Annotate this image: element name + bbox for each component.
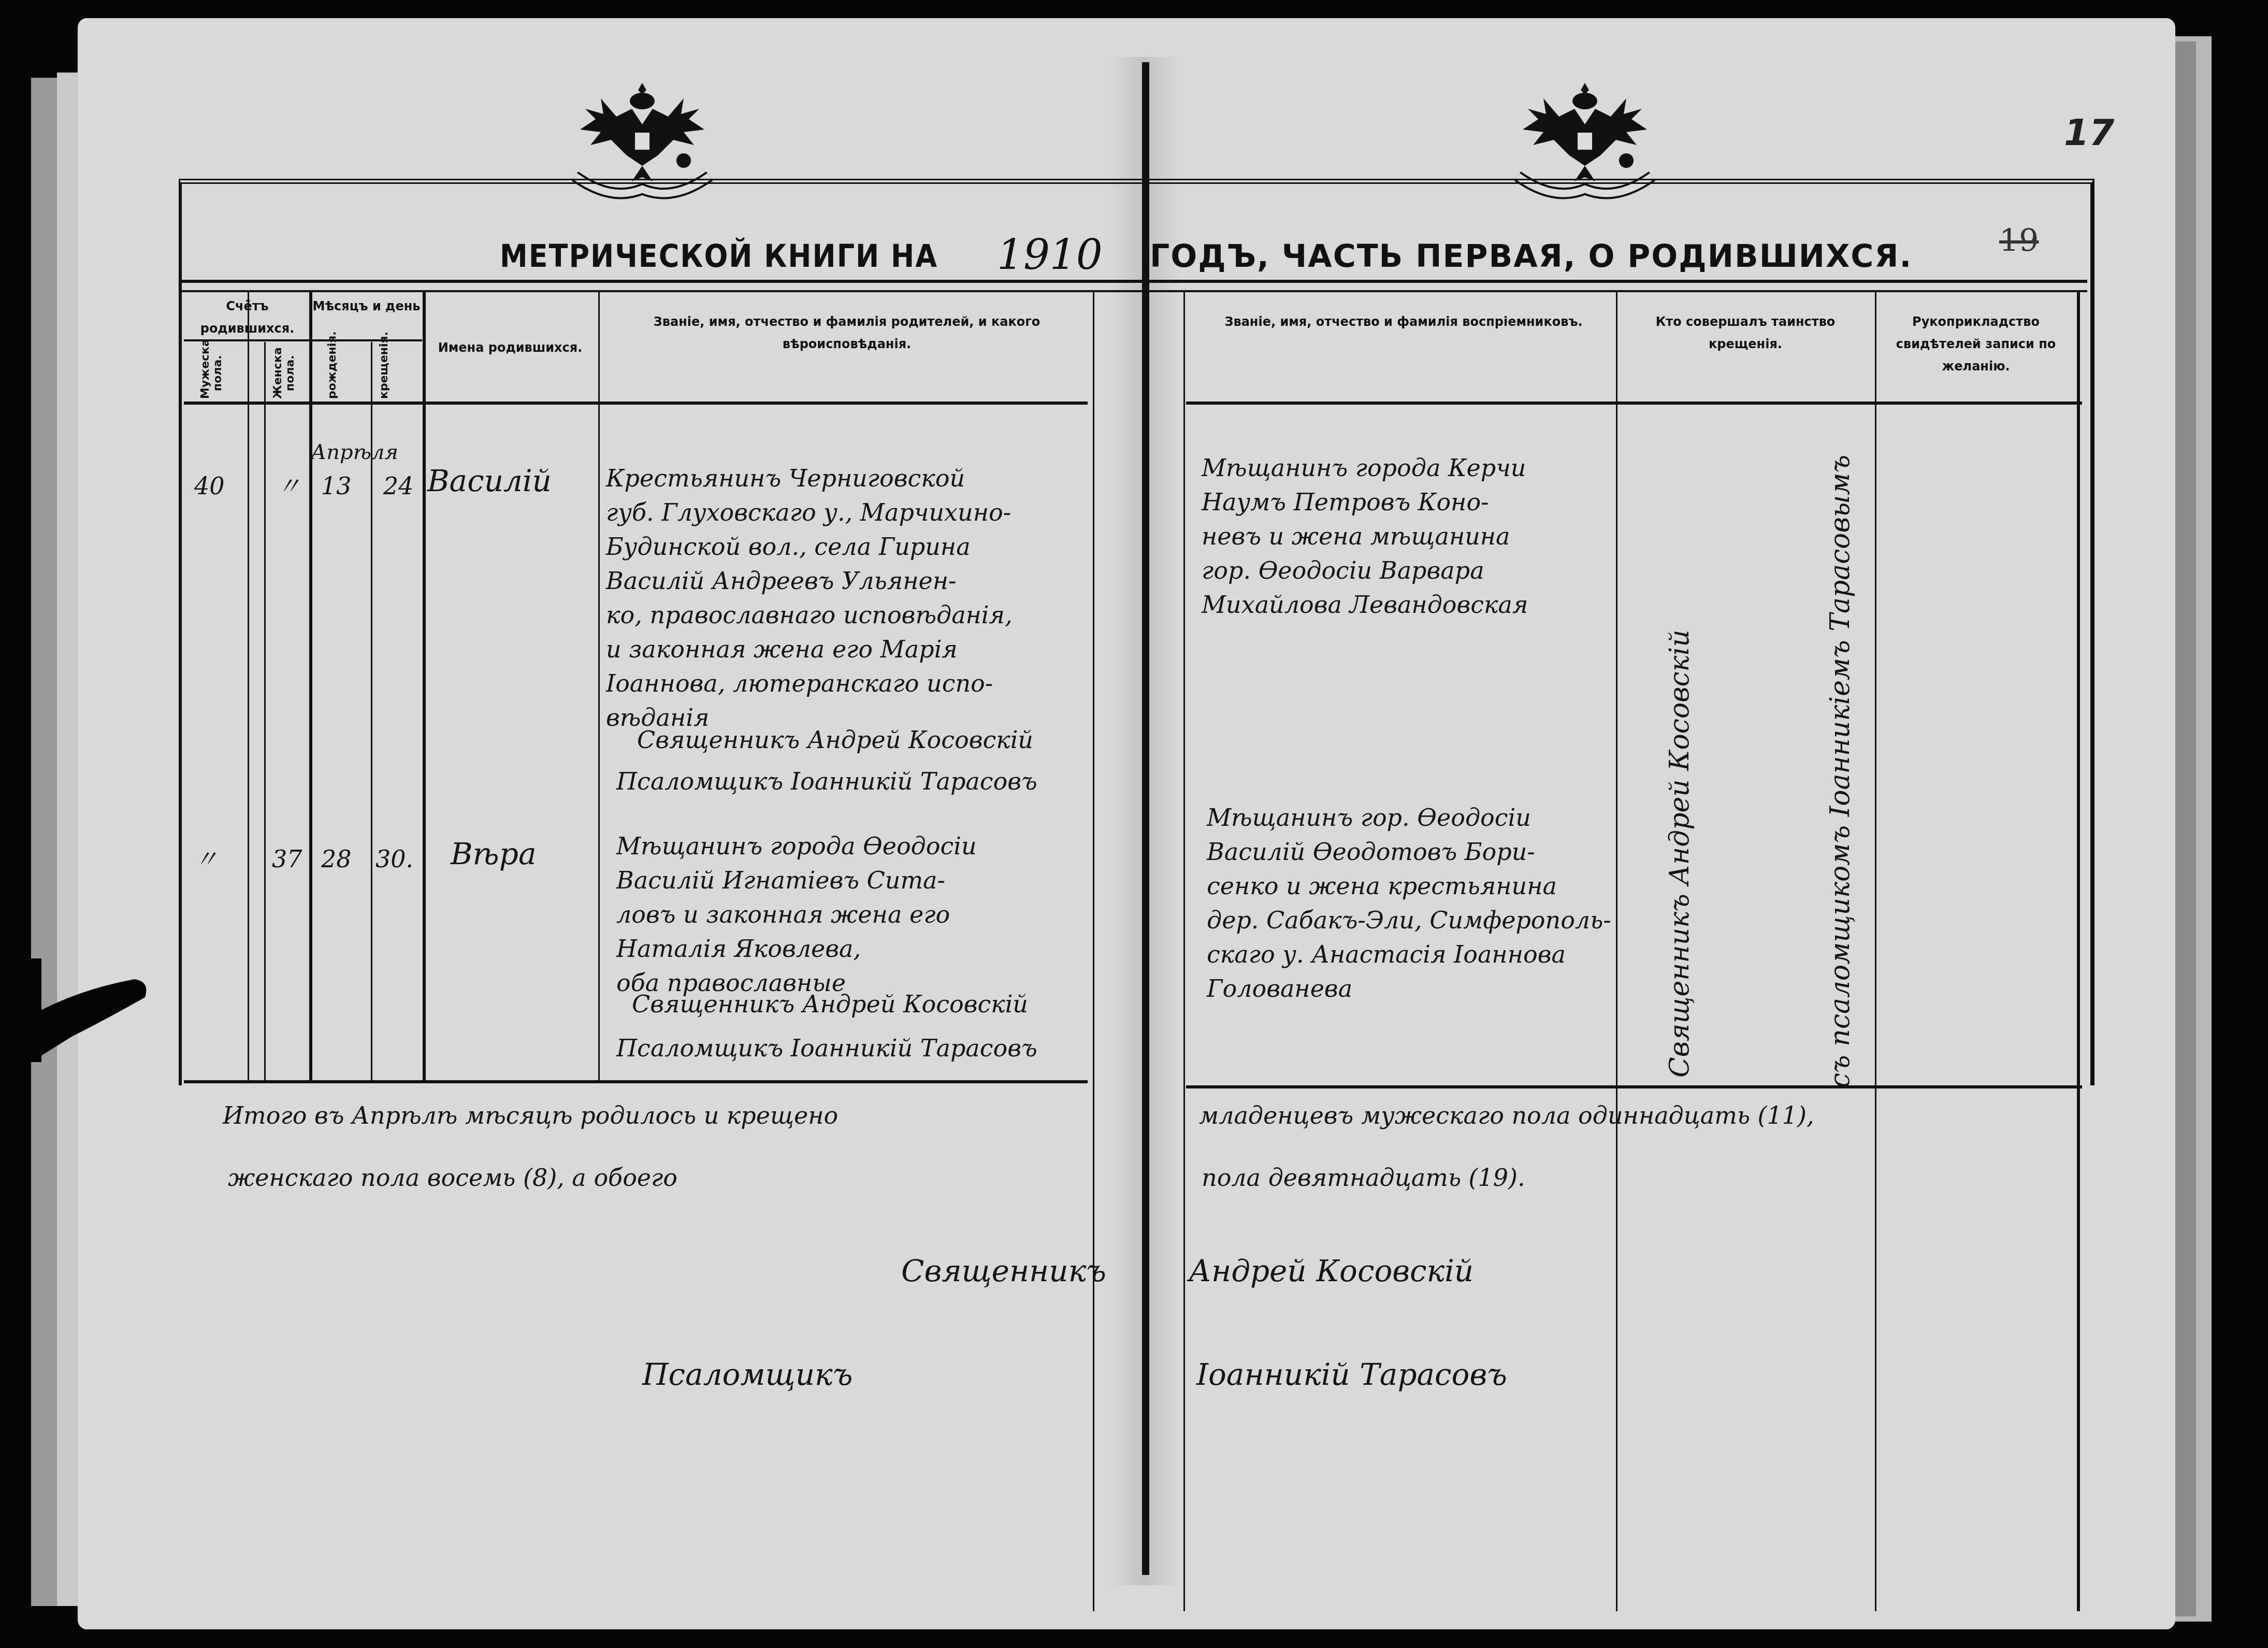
female-number: 〃 [277, 469, 301, 503]
summary-psalmist-name: Іоанникій Тарасовъ [1196, 1357, 1507, 1392]
column-divider [1616, 290, 1617, 1611]
header-bottom-rule [1186, 402, 2082, 405]
godparents-entry: Мѣщанинъ города Керчи Наумъ Петровъ Коно… [1202, 451, 1528, 622]
baptism-day: 30. [375, 842, 413, 876]
column-divider [423, 290, 426, 1083]
page-stack-right-shadow [2175, 41, 2196, 1616]
child-name: Василій [427, 464, 552, 498]
witness-vertical: съ псаломщикомъ Іоанникіемъ Тарасовымъ [1823, 373, 1857, 1088]
priest-signature: Священникъ Андрей Косовскій [632, 987, 1028, 1021]
entries-bottom-rule [1186, 1085, 2082, 1088]
title-left: МЕТРИЧЕСКОЙ КНИГИ НА [500, 238, 938, 275]
entries-bottom-rule [184, 1080, 1088, 1083]
baptism-day: 24 [383, 469, 414, 503]
book-gutter [1142, 62, 1149, 1575]
column-divider [248, 290, 249, 1083]
birth-day: 28 [321, 842, 352, 876]
female-number: 37 [272, 842, 302, 876]
folio-number: 17 [2064, 111, 2114, 154]
godparents-entry: Мѣщанинъ гор. Ѳеодосіи Василій Ѳеодотовъ… [1207, 800, 1611, 1006]
psalmist-signature: Псаломщикъ Іоанникій Тарасовъ [616, 1031, 1037, 1065]
title-year: 1910 [997, 231, 1103, 279]
thumb-holding-page [0, 958, 150, 1062]
column-divider [598, 290, 600, 1083]
header-officiant: Кто совершалъ таинство крещенія. [1621, 311, 1870, 355]
title-divider [179, 280, 2087, 292]
summary-priest-name: Андрей Косовскій [1189, 1254, 1474, 1288]
summary-line1-left: Итого въ Апрѣлѣ мѣсяцѣ родилось и крещен… [223, 1098, 838, 1133]
header-date-group: Мѣсяцъ и день [311, 295, 422, 318]
summary-psalmist-label: Псаломщикъ [642, 1357, 853, 1392]
column-divider [2077, 290, 2080, 1611]
header-bottom-rule [184, 402, 1088, 405]
child-name: Вѣра [451, 837, 537, 871]
column-divider [1875, 290, 1876, 1611]
header-count-group: Счётъ родившихся. [186, 295, 308, 340]
header-date-baptism: крещенія. [378, 347, 391, 399]
header-count-male: Мужеска пола. [199, 347, 224, 399]
header-count-female: Женска пола. [272, 347, 297, 399]
psalmist-signature: Псаломщикъ Іоанникій Тарасовъ [616, 764, 1037, 798]
parents-entry: Мѣщанинъ города Ѳеодосіи Василій Игнатіе… [616, 829, 977, 1000]
header-date-birth: рожденія. [326, 347, 339, 399]
male-number: 〃 [194, 842, 218, 876]
birth-day: 13 [321, 469, 352, 503]
header-witnesses: Рукоприкладство свидѣтелей записи по жел… [1880, 311, 2072, 378]
summary-line2-left: женскаго пола восемь (8), а обоего [228, 1160, 677, 1195]
column-divider [1093, 290, 1094, 1611]
summary-priest-label: Священникъ [901, 1254, 1106, 1288]
month: Апрѣля [311, 435, 398, 469]
header-godparents: Званіе, имя, отчество и фамилія воспріем… [1202, 311, 1606, 333]
priest-signature: Священникъ Андрей Косовскій [637, 723, 1033, 757]
officiant-vertical: Священникъ Андрей Косовскій [1663, 430, 1697, 1078]
male-number: 40 [194, 469, 225, 503]
column-divider [309, 290, 312, 1083]
header-names: Имена родившихся. [425, 337, 596, 359]
column-divider [1183, 290, 1185, 1611]
summary-line1-right: младенцевъ мужескаго пола одиннадцать (1… [1199, 1098, 1814, 1133]
column-divider [264, 342, 266, 1083]
summary-line2-right: пола девятнадцать (19). [1202, 1160, 1525, 1195]
header-parents: Званіе, имя, отчество и фамилія родителе… [606, 311, 1088, 355]
parents-entry: Крестьянинъ Черниговской губ. Глуховскаг… [606, 461, 1013, 735]
page-title: МЕТРИЧЕСКОЙ КНИГИ НА 1910 ГОДЪ, ЧАСТЬ ПЕ… [179, 228, 2087, 285]
title-right: ГОДЪ, ЧАСТЬ ПЕРВАЯ, О РОДИВШИХСЯ. [1150, 238, 1912, 275]
